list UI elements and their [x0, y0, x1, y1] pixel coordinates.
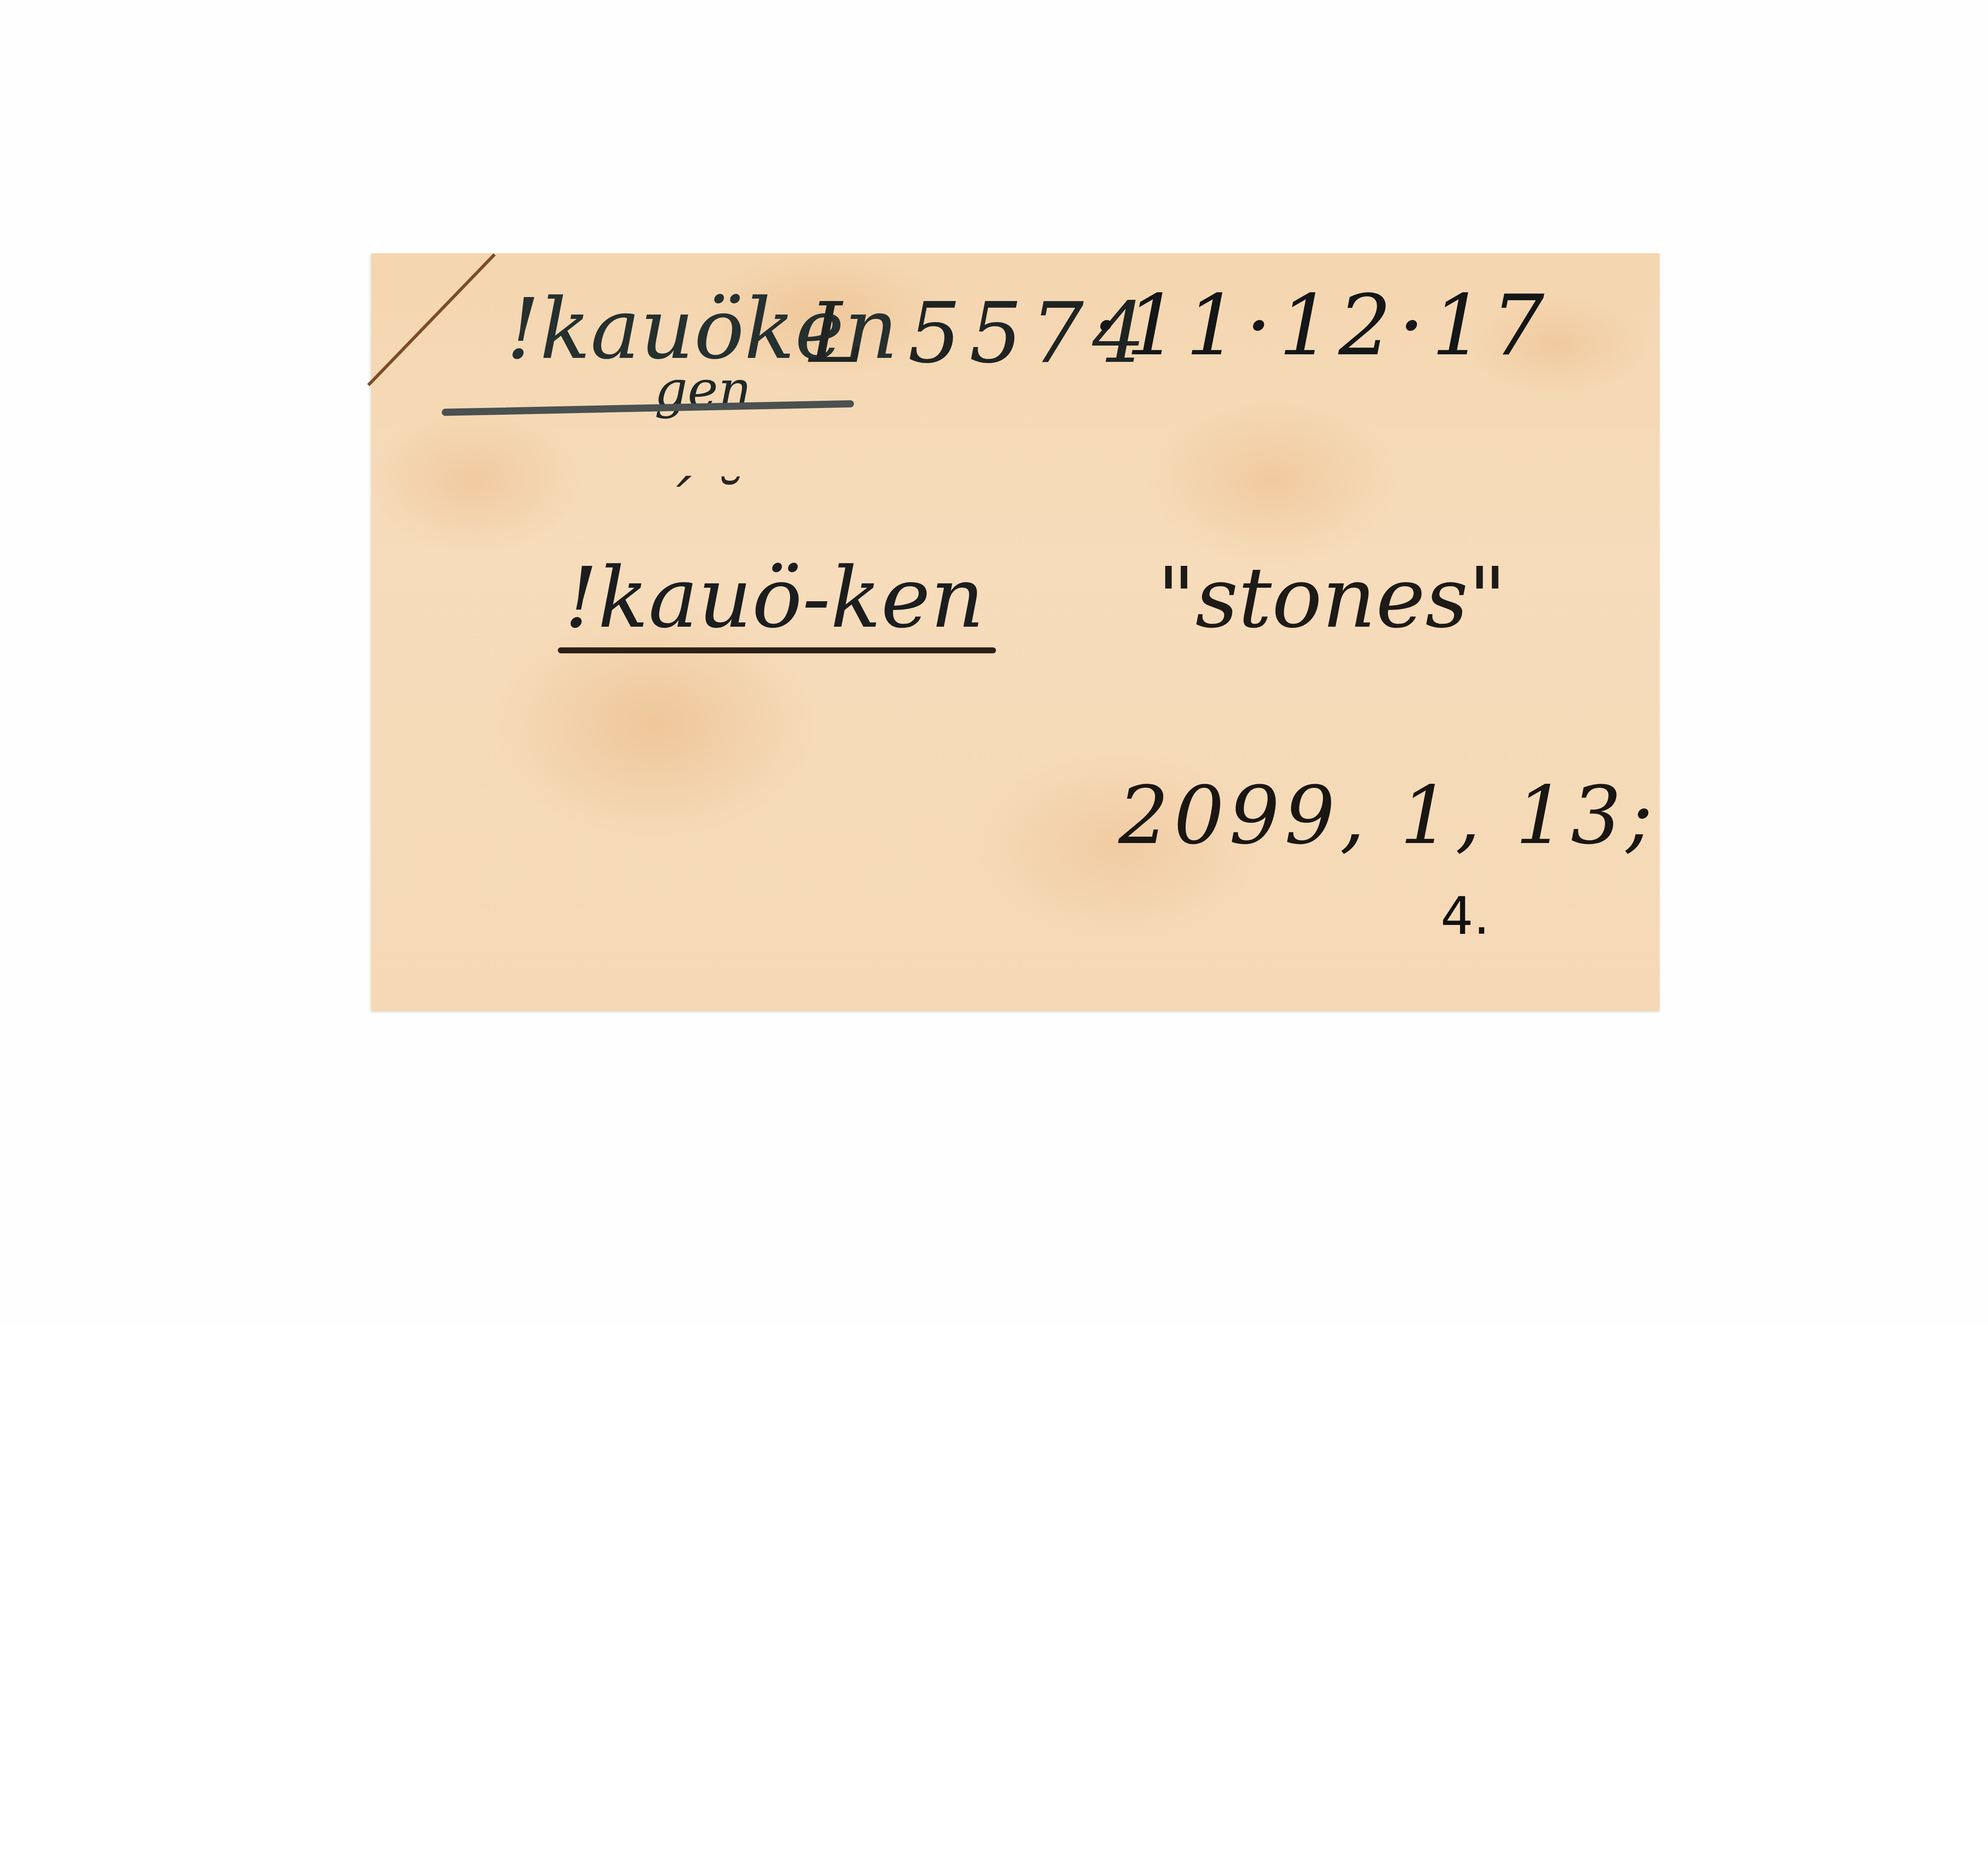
- pencil-slash-mark: [367, 253, 495, 386]
- word-gloss: "stones": [1157, 556, 1507, 640]
- main-word-underline: [558, 647, 996, 653]
- page-mark: 4.: [1441, 890, 1490, 942]
- label-card: !kauöken gen L 5574 ·11·12·17 ´ ˘ !kauö-…: [371, 253, 1660, 1011]
- main-word: !kauö-ken: [564, 556, 984, 640]
- scan-background: !kauöken gen L 5574 ·11·12·17 ´ ˘ !kauö-…: [0, 0, 1988, 1325]
- entry-date: ·11·12·17: [1093, 284, 1551, 367]
- accent-marks: ´ ˘: [661, 473, 740, 533]
- heading-underline: [442, 400, 854, 416]
- catalog-number: 2099, 1, 13;: [1118, 776, 1658, 856]
